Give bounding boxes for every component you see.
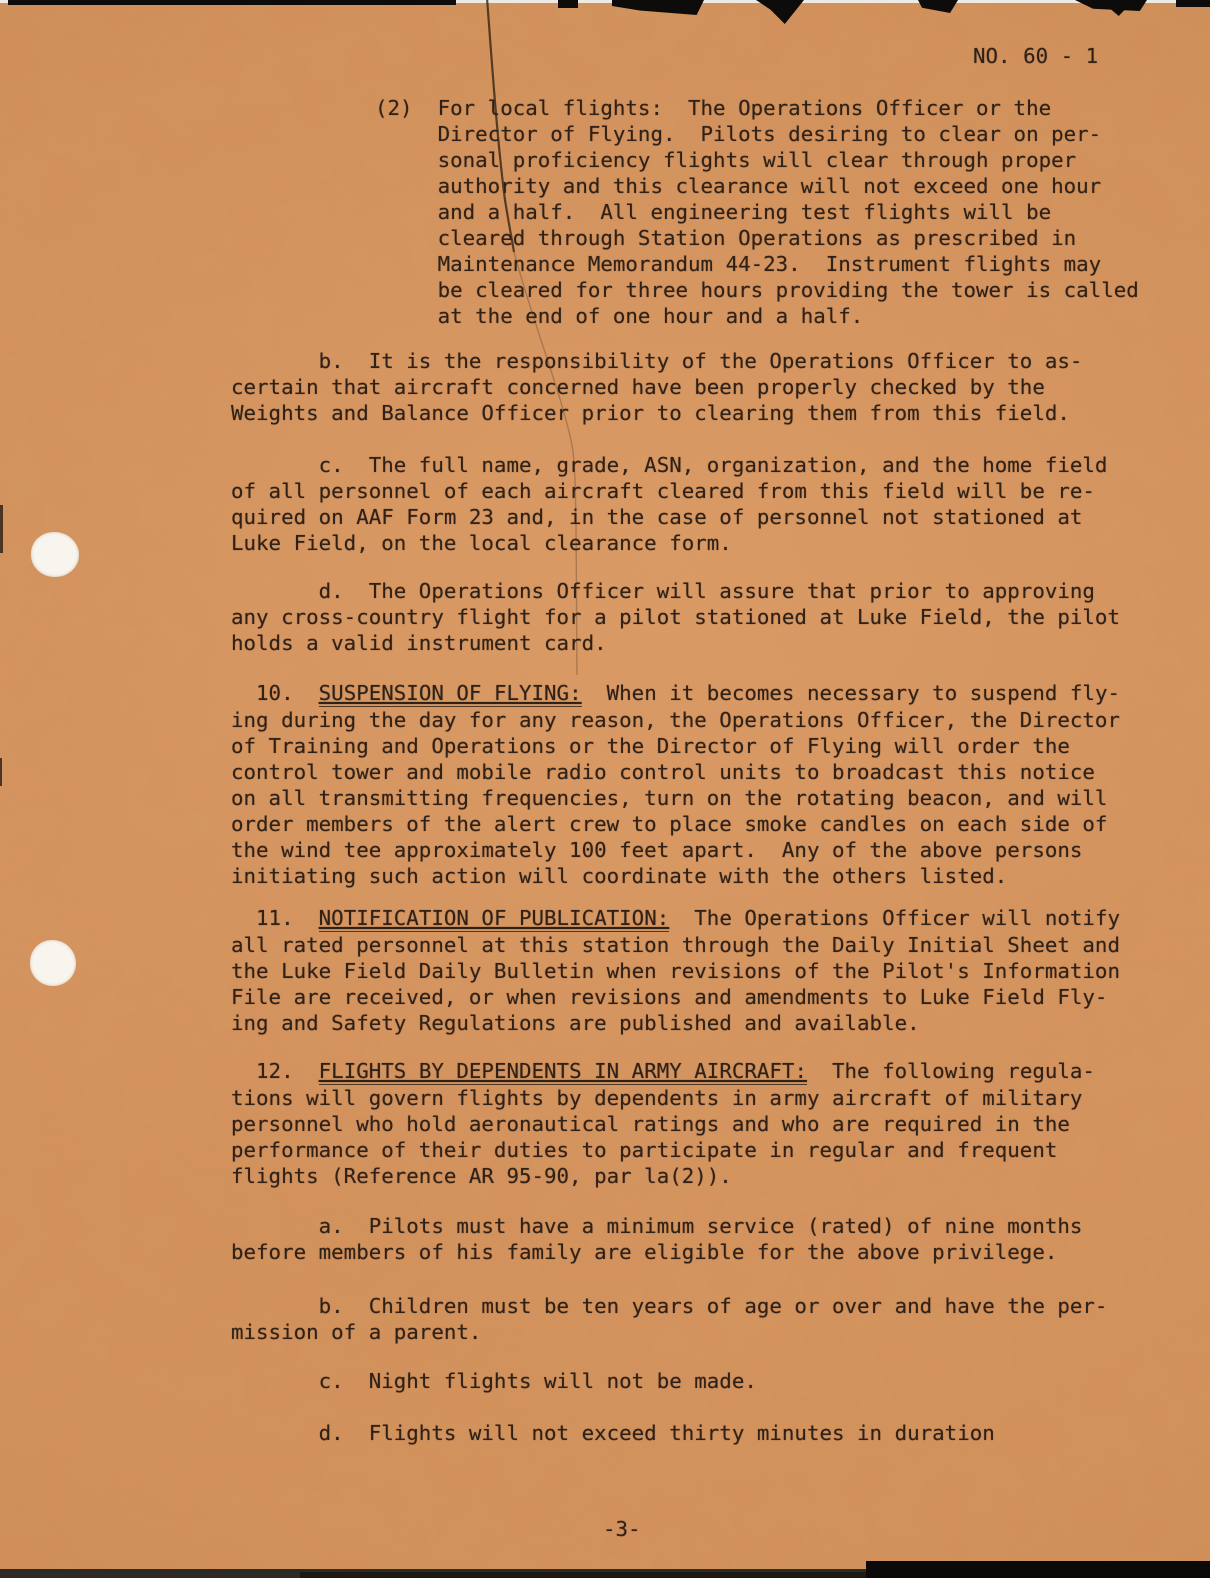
scan-edge-top-strip	[8, 0, 456, 5]
subparagraph-a: a. Pilots must have a minimum service (r…	[231, 1213, 1082, 1265]
scan-edge-blob	[756, 0, 804, 24]
scan-edge-mark	[558, 0, 578, 8]
page-number: -3-	[603, 1516, 641, 1542]
scan-edge-blob	[612, 0, 704, 15]
section-12-title: FLIGHTS BY DEPENDENTS IN ARMY AIRCRAFT:	[319, 1058, 807, 1085]
subparagraph-c: c. Night flights will not be made.	[231, 1368, 757, 1394]
paragraph-b: b. It is the responsibility of the Opera…	[231, 348, 1082, 426]
hole-punch-top	[31, 532, 79, 577]
section-12-number: 12.	[231, 1059, 319, 1083]
scan-edge-left-mark	[0, 758, 2, 786]
section-11: 11. NOTIFICATION OF PUBLICATION: The Ope…	[231, 905, 1120, 1036]
paragraph-c: c. The full name, grade, ASN, organizati…	[231, 452, 1107, 556]
paragraph-d: d. The Operations Officer will assure th…	[231, 578, 1120, 656]
subparagraph-d: d. Flights will not exceed thirty minute…	[231, 1420, 995, 1446]
doc-number: NO. 60 - 1	[973, 43, 1098, 69]
section-10: 10. SUSPENSION OF FLYING: When it become…	[231, 680, 1120, 889]
scan-edge-bottom-black	[866, 1561, 1210, 1578]
section-11-title: NOTIFICATION OF PUBLICATION:	[319, 905, 670, 932]
scan-edge-mark	[1176, 0, 1210, 7]
document-page: NO. 60 - 1 (2) For local flights: The Op…	[0, 0, 1210, 1578]
paragraph-item-2: (2) For local flights: The Operations Of…	[375, 95, 1139, 329]
hole-punch-bottom	[30, 940, 76, 986]
scan-edge-blob	[918, 0, 958, 13]
section-12: 12. FLIGHTS BY DEPENDENTS IN ARMY AIRCRA…	[231, 1058, 1095, 1189]
subparagraph-b: b. Children must be ten years of age or …	[231, 1293, 1107, 1345]
section-10-title: SUSPENSION OF FLYING:	[319, 680, 582, 707]
section-11-number: 11.	[231, 906, 319, 930]
section-10-number: 10.	[231, 681, 319, 705]
section-10-body: When it becomes necessary to suspend fly…	[231, 681, 1120, 888]
scan-edge-left-mark	[0, 505, 3, 553]
